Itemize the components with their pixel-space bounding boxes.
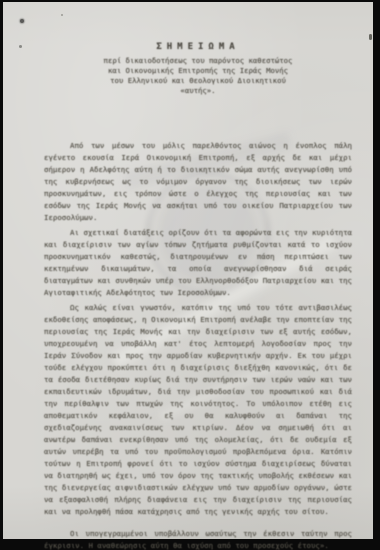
punch-hole-speck (20, 19, 24, 23)
subtitle-line: του Ελληνικού και Θεολογικού Διοικητικού (44, 76, 352, 86)
edge-speck (369, 34, 372, 40)
subtitle-line: περί δικαιοδοτήσεως του παρόντος καθεστώ… (44, 56, 352, 66)
subtitle-block: περί δικαιοδοτήσεως του παρόντος καθεστώ… (44, 56, 352, 96)
document-text-block: ΣΗΜΕΙΩΜΑ περί δικαιοδοτήσεως του παρόντο… (44, 42, 352, 550)
body-paragraph: Οι υπογεγραμμένοι υποβάλλουν ωσαύτως την… (44, 528, 352, 550)
subtitle-line: «αυτής». (44, 86, 352, 96)
dust-speck (61, 14, 63, 16)
body-paragraph: Αι σχετικαί διατάξεις ορίζουν ότι τα αφο… (44, 227, 352, 299)
page-title: ΣΗΜΕΙΩΜΑ (44, 42, 352, 52)
scan-frame: ΣΗΜΕΙΩΜΑ περί δικαιοδοτήσεως του παρόντο… (0, 0, 380, 550)
scanned-page: ΣΗΜΕΙΩΜΑ περί δικαιοδοτήσεως του παρόντο… (3, 2, 373, 539)
body-text: Από των μέσων του μόλις παρελθόντος αιών… (44, 140, 352, 550)
subtitle-line: και Οικονομικής Επιτροπής της Ιεράς Μονή… (44, 66, 352, 76)
body-paragraph: Από των μέσων του μόλις παρελθόντος αιών… (44, 140, 352, 224)
body-paragraph: Ως καλώς είναι γνωστόν, κατόπιν της υπό … (44, 302, 352, 518)
punch-hole-speck (19, 45, 22, 48)
